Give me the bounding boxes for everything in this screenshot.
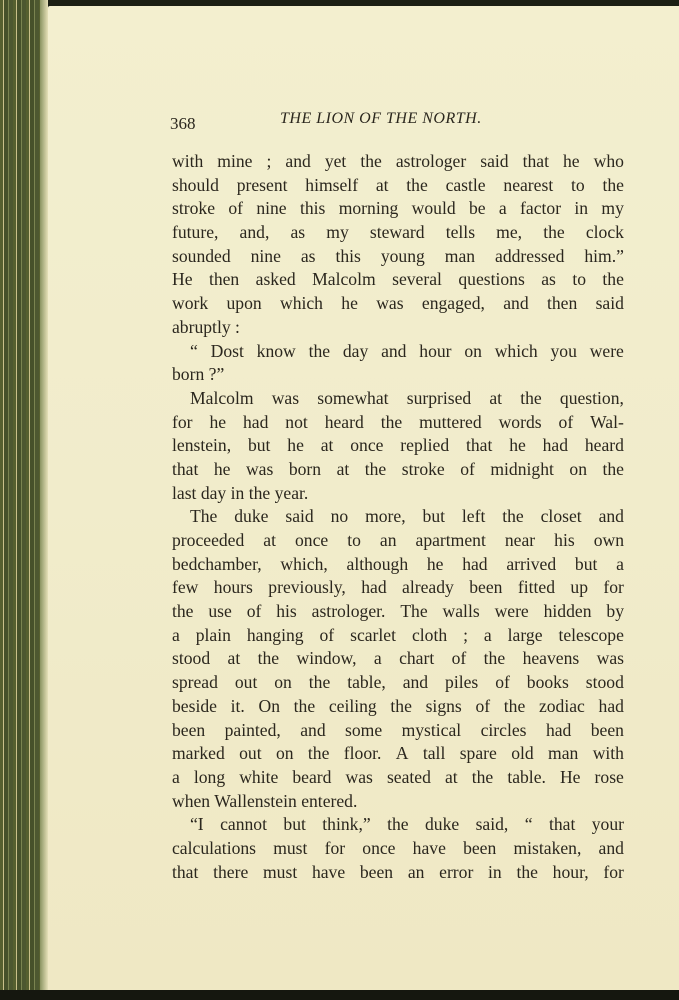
text-line: spreadoutonthetable,andpilesofbooksstood xyxy=(172,671,624,695)
text-line: alongwhitebeardwasseatedatthetable.Heros… xyxy=(172,766,624,790)
text-line: forhehadnotheardthemutteredwordsofWal- xyxy=(172,411,624,435)
text-line: theuseofhisastrologer.Thewallswerehidden… xyxy=(172,600,624,624)
text-line: workuponwhichhewasengaged,andthensaid xyxy=(172,292,624,316)
page-stack-edge xyxy=(40,0,48,1000)
text-line: aplainhangingofscarletcloth;alargetelesc… xyxy=(172,624,624,648)
text-line: HethenaskedMalcolmseveralquestionsastoth… xyxy=(172,268,624,292)
text-line: thattheremusthavebeenanerrorinthehour,fo… xyxy=(172,861,624,885)
text-line: calculationsmustforoncehavebeenmistaken,… xyxy=(172,837,624,861)
text-line: proceededatoncetoanapartmentnearhisown xyxy=(172,529,624,553)
text-line: withmine;andyettheastrologersaidthathewh… xyxy=(172,150,624,174)
text-line: soundednineasthisyoungmanaddressedhim.” xyxy=(172,245,624,269)
text-line: Malcolmwassomewhatsurprisedatthequestion… xyxy=(172,387,624,411)
text-line: future,and,asmystewardtellsme,theclock xyxy=(172,221,624,245)
text-line: beenpainted,andsomemysticalcircleshadbee… xyxy=(172,719,624,743)
running-title: THE LION OF THE NORTH. xyxy=(280,110,482,128)
text-line: “Dostknowthedayandhouronwhichyouwere xyxy=(172,340,624,364)
text-line: abruptly : xyxy=(172,316,624,340)
text-line: fewhourspreviously,hadalreadybeenfittedu… xyxy=(172,576,624,600)
text-line: markedoutonthefloor.Atallspareoldmanwith xyxy=(172,742,624,766)
text-line: strokeofninethismorningwouldbeafactorinm… xyxy=(172,197,624,221)
text-line: when Wallenstein entered. xyxy=(172,790,624,814)
text-line: Thedukesaidnomore,butlefttheclosetand xyxy=(172,505,624,529)
bottom-shadow xyxy=(0,990,679,1000)
text-line: born ?” xyxy=(172,363,624,387)
text-line: bedchamber,which,althoughhehadarrivedbut… xyxy=(172,553,624,577)
text-line: thathewasbornatthestrokeofmidnightonthe xyxy=(172,458,624,482)
text-line: besideit.Ontheceilingthesignsofthezodiac… xyxy=(172,695,624,719)
page-number: 368 xyxy=(170,114,196,134)
text-line: shouldpresenthimselfatthecastlenearestto… xyxy=(172,174,624,198)
text-line: last day in the year. xyxy=(172,482,624,506)
text-line: stoodatthewindow,achartoftheheavenswas xyxy=(172,647,624,671)
text-line: lenstein,butheatoncerepliedthathehadhear… xyxy=(172,434,624,458)
body-text: withmine;andyettheastrologersaidthathewh… xyxy=(172,150,624,884)
text-line: “Icannotbutthink,”thedukesaid,“thatyour xyxy=(172,813,624,837)
